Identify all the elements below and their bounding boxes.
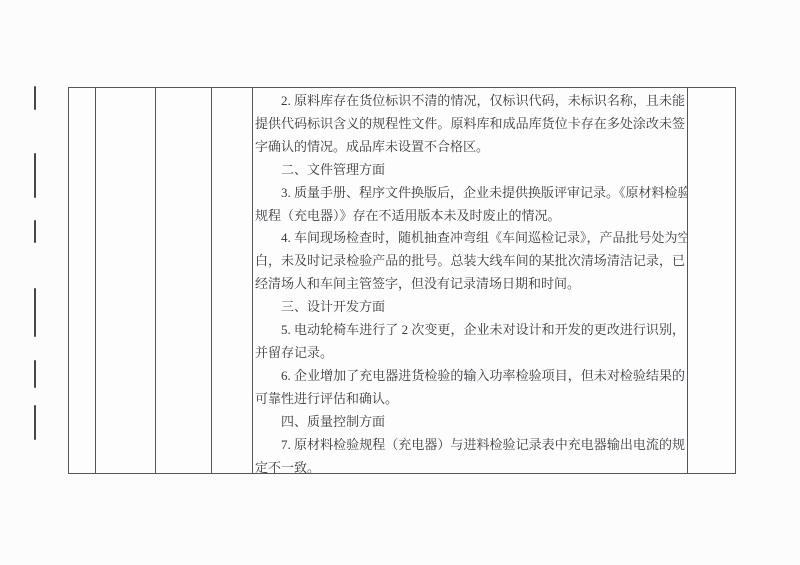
- text-line: 字确认的情况。成品库未设置不合格区。: [255, 136, 685, 159]
- text-line: 规程（充电器）》存在不适用版本未及时废止的情况。: [255, 205, 685, 228]
- table-column-3-empty: [156, 88, 212, 473]
- text-line: 定不一致。: [255, 457, 685, 474]
- text-line: 三、设计开发方面: [255, 296, 685, 319]
- text-line: 并留存记录。: [255, 342, 685, 365]
- findings-table: 2. 原料库存在货位标识不清的情况，仅标识代码，未标识名称，且未能提供代码标识含…: [68, 87, 736, 474]
- table-column-1-empty: [69, 88, 96, 473]
- text-line: 7. 原材料检验规程（充电器）与进料检验记录表中充电器输出电流的规: [255, 434, 685, 457]
- text-line: 4. 车间现场检查时，随机抽查冲弯组《车间巡检记录》，产品批号处为空: [255, 227, 685, 250]
- text-line: 四、质量控制方面: [255, 411, 685, 434]
- text-line: 二、文件管理方面: [255, 159, 685, 182]
- text-line: 5. 电动轮椅车进行了 2 次变更，企业未对设计和开发的更改进行识别，: [255, 319, 685, 342]
- text-line: 3. 质量手册、程序文件换版后，企业未提供换版评审记录。《原材料检验: [255, 182, 685, 205]
- text-line: 6. 企业增加了充电器进货检验的输入功率检验项目，但未对检验结果的: [255, 365, 685, 388]
- margin-scan-mark: [34, 405, 36, 440]
- text-line: 经清场人和车间主管签字，但没有记录清场日期和时间。: [255, 273, 685, 296]
- margin-scan-mark: [34, 86, 36, 110]
- text-line: 可靠性进行评估和确认。: [255, 388, 685, 411]
- table-column-2-empty: [96, 88, 156, 473]
- table-column-4-empty: [212, 88, 253, 473]
- text-line: 白，未及时记录检验产品的批号。总装大线车间的某批次清场清洁记录，已: [255, 250, 685, 273]
- text-line: 2. 原料库存在货位标识不清的情况，仅标识代码，未标识名称，且未能: [255, 90, 685, 113]
- margin-scan-mark: [34, 153, 36, 198]
- document-page: 2. 原料库存在货位标识不清的情况，仅标识代码，未标识名称，且未能提供代码标识含…: [0, 0, 800, 565]
- margin-scan-mark: [34, 360, 36, 388]
- text-line: 提供代码标识含义的规程性文件。原料库和成品库货位卡存在多处涂改未签: [255, 113, 685, 136]
- margin-scan-mark: [34, 220, 36, 243]
- margin-scan-mark: [34, 288, 36, 337]
- table-column-6-empty: [688, 88, 735, 473]
- findings-cell: 2. 原料库存在货位标识不清的情况，仅标识代码，未标识名称，且未能提供代码标识含…: [253, 88, 688, 473]
